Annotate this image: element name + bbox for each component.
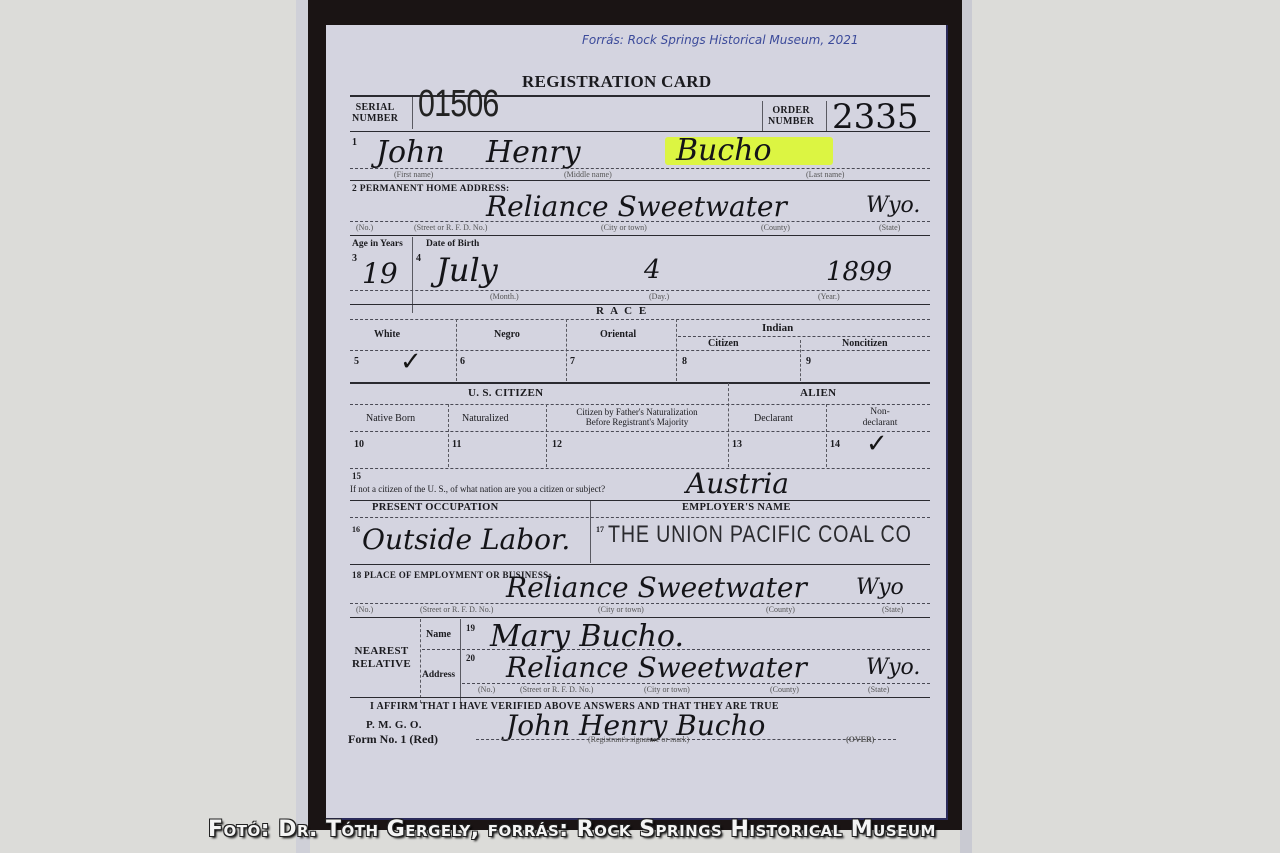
first-name: John [376, 135, 445, 170]
field1-number: 1 [352, 137, 357, 148]
nearest-relative-line1: NEAREST [352, 645, 411, 658]
age-value: 19 [362, 257, 398, 290]
race-indian-noncitizen-label: Noncitizen [842, 338, 888, 349]
non-declarant-line1: Non- [830, 407, 930, 418]
employment-street-label: (Street or R. F. D. No.) [420, 605, 493, 614]
relative-address-label: Address [422, 670, 455, 680]
address-no-label: (No.) [356, 223, 373, 232]
race-indian-citizen-label: Citizen [708, 338, 739, 349]
last-name: Bucho [676, 133, 772, 168]
race-indian-citizen-number: 8 [682, 356, 687, 367]
non-declarant-line2: declarant [830, 418, 930, 429]
card-title: REGISTRATION CARD [522, 72, 711, 92]
employment-city: Reliance Sweetwater [506, 571, 807, 604]
address-line [350, 221, 930, 222]
serial-label-line1: SERIAL [352, 102, 398, 113]
dob-line [350, 290, 930, 291]
order-label: ORDER NUMBER [768, 105, 814, 127]
employer-number: 17 [596, 525, 604, 534]
age-label: Age in Years [352, 239, 403, 249]
home-address-state: Wyo. [866, 193, 920, 218]
citizenship-divider-2 [546, 404, 547, 467]
race-header-rule [350, 350, 930, 351]
employment-state-label: (State) [882, 605, 903, 614]
occupation-header: PRESENT OCCUPATION [372, 502, 498, 513]
serial-number: 01506 [418, 83, 499, 126]
employment-state: Wyo [856, 575, 904, 600]
name-rule [350, 180, 930, 181]
race-white-label: White [374, 329, 400, 340]
nationality-question: If not a citizen of the U. S., of what n… [350, 484, 605, 494]
dob-label: Date of Birth [426, 239, 479, 249]
race-title-rule [350, 319, 930, 320]
relative-address-state: Wyo. [866, 655, 920, 680]
relative-address-line [462, 683, 930, 684]
citizenship-title-rule [350, 404, 930, 405]
relative-name-label: Name [426, 629, 451, 640]
non-declarant-number: 14 [830, 439, 840, 450]
field15-number: 15 [352, 471, 361, 481]
employer-value: THE UNION PACIFIC COAL CO [608, 521, 912, 549]
citizenship-header-rule [350, 431, 930, 432]
age-field-number: 3 [352, 253, 357, 264]
employment-county-label: (County) [766, 605, 795, 614]
dob-year: 1899 [826, 257, 892, 287]
race-indian-label: Indian [762, 322, 793, 334]
indian-rule [678, 336, 930, 337]
middle-name-label: (Middle name) [564, 170, 612, 179]
age-divider [412, 237, 413, 313]
citizenship-rule [350, 468, 930, 469]
naturalized-label: Naturalized [462, 413, 509, 424]
serial-divider [412, 97, 413, 129]
photo-credit-caption: Fotó: Dr. Tóth Gergely, forrás: Rock Spr… [208, 817, 1258, 853]
employment-rule [350, 617, 930, 618]
race-divider-4 [800, 340, 801, 381]
serial-rule [350, 131, 930, 132]
employer-header: EMPLOYER'S NAME [682, 502, 791, 513]
employment-line [350, 603, 930, 604]
dob-day-label: (Day.) [649, 292, 669, 301]
citizen-by-father-line2: Before Registrant's Majority [548, 417, 726, 427]
registration-card: Forrás: Rock Springs Historical Museum, … [326, 25, 948, 820]
race-rule [350, 382, 930, 384]
race-oriental-number: 7 [570, 356, 575, 367]
dob-month-label: (Month.) [490, 292, 519, 301]
race-oriental-label: Oriental [600, 329, 636, 340]
last-name-label: (Last name) [806, 170, 844, 179]
relative-name-line [422, 649, 930, 650]
alien-title: ALIEN [800, 387, 836, 399]
address-county-label: (County) [761, 223, 790, 232]
address-state-label: (State) [879, 223, 900, 232]
over-label: (OVER) [846, 735, 874, 744]
citizen-by-father-number: 12 [552, 439, 562, 450]
citizenship-divider-3 [826, 404, 827, 467]
order-label-line1: ORDER [768, 105, 814, 116]
dob-day: 4 [644, 255, 661, 285]
order-divider-right [826, 101, 827, 131]
non-declarant-label: Non- declarant [830, 407, 930, 429]
race-negro-number: 6 [460, 356, 465, 367]
us-citizen-title: U. S. CITIZEN [468, 387, 543, 399]
occupation-employer-divider [590, 501, 591, 563]
citizen-by-father-line1: Citizen by Father's Naturalization [548, 407, 726, 417]
pmgo-label: P. M. G. O. [366, 719, 422, 731]
employment-no-label: (No.) [356, 605, 373, 614]
declarant-number: 13 [732, 439, 742, 450]
occupation-value: Outside Labor. [362, 523, 570, 556]
race-white-number: 5 [354, 356, 359, 367]
relative-name-number: 19 [466, 623, 475, 633]
non-declarant-checkmark: ✓ [866, 429, 888, 459]
citizen-by-father-label: Citizen by Father's Naturalization Befor… [548, 407, 726, 427]
order-divider-left [762, 101, 763, 131]
home-address-city: Reliance Sweetwater [486, 190, 787, 223]
serial-label-line2: NUMBER [352, 113, 398, 124]
name-line [350, 168, 930, 169]
relative-county-label: (County) [770, 685, 799, 694]
race-negro-label: Negro [494, 329, 520, 340]
relative-rule [350, 697, 930, 698]
relative-street-label: (Street or R. F. D. No.) [520, 685, 593, 694]
first-name-label: (First name) [394, 170, 433, 179]
nearest-relative-label: NEAREST RELATIVE [352, 645, 411, 671]
nationality-rule [350, 500, 930, 501]
occupation-rule [350, 564, 930, 565]
nearest-relative-line2: RELATIVE [352, 658, 411, 671]
nationality-value: Austria [686, 467, 789, 500]
race-title: R A C E [596, 305, 648, 317]
relative-address-number: 20 [466, 653, 475, 663]
signature-label: (Registrant's signature or mark) [588, 735, 689, 744]
occupation-number: 16 [352, 525, 360, 534]
naturalized-number: 11 [452, 439, 461, 450]
form-number-label: Form No. 1 (Red) [348, 732, 438, 747]
relative-no-label: (No.) [478, 685, 495, 694]
serial-label: SERIAL NUMBER [352, 102, 398, 124]
order-label-line2: NUMBER [768, 116, 814, 127]
address-street-label: (Street or R. F. D. No.) [414, 223, 487, 232]
declarant-label: Declarant [754, 413, 793, 424]
citizen-alien-divider [728, 383, 729, 467]
native-born-number: 10 [354, 439, 364, 450]
relative-state-label: (State) [868, 685, 889, 694]
employment-city-label: (City or town) [598, 605, 644, 614]
card-frame: Forrás: Rock Springs Historical Museum, … [308, 0, 962, 830]
relative-city-label: (City or town) [644, 685, 690, 694]
occupation-header-rule [350, 517, 930, 518]
dob-year-label: (Year.) [818, 292, 840, 301]
race-white-checkmark: ✓ [400, 347, 422, 377]
relative-divider-2 [460, 619, 461, 703]
middle-name: Henry [486, 135, 581, 170]
address-city-label: (City or town) [601, 223, 647, 232]
address-rule [350, 235, 930, 236]
citizenship-divider-1 [448, 404, 449, 467]
race-indian-noncitizen-number: 9 [806, 356, 811, 367]
dob-month: July [436, 251, 498, 289]
museum-annotation: Forrás: Rock Springs Historical Museum, … [582, 33, 859, 47]
relative-divider-1 [420, 619, 421, 703]
native-born-label: Native Born [366, 413, 415, 424]
dob-field-number: 4 [416, 253, 421, 264]
relative-address-city: Reliance Sweetwater [506, 651, 807, 684]
